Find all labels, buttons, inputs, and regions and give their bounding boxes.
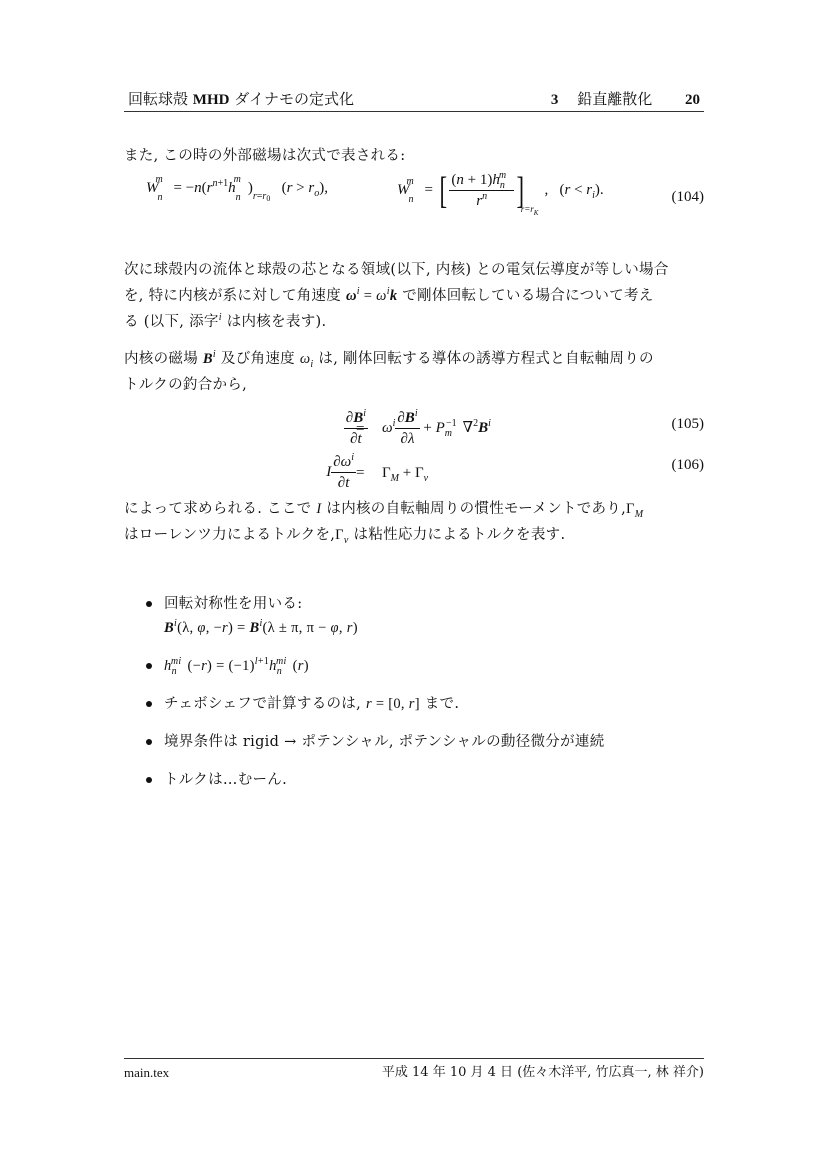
footer-date-authors: 平成 14 年 10 月 4 日 (佐々木洋平, 竹広真一, 林 祥介) [382,1064,704,1082]
list-item: チェボシェフで計算するのは, r = [0, r] まで. [146,692,706,716]
bullet-text: チェボシェフで計算するのは, [164,696,361,712]
header-title-suffix: ダイナモの定式化 [234,90,354,108]
equation-104-right: Wnm = [(n + 1)hnmrn]r=rK, (r < ri). [397,170,604,211]
running-header: 回転球殻 MHD ダイナモの定式化 3 鉛直離散化 20 [124,88,704,110]
paragraph-line: 内核の磁場 Bi 及び角速度 ωi は, 剛体回転する導体の誘導方程式と自転軸周… [124,346,704,372]
paragraph-line: トルクの釣合から, [124,372,704,398]
paragraph-line: によって求められる. ここで I は内核の自転軸周りの慣性モーメントであり,ΓM [124,496,704,522]
paragraph-text: また, この時の外部磁場は次式で表される: [124,148,405,164]
bullet-icon [146,601,152,607]
bullet-math: Bi(λ, φ, −r) = Bi(λ ± π, π − φ, r) [164,616,706,640]
bullet-text: トルクは…むーん. [164,772,287,788]
paragraph-external-field: また, この時の外部磁場は次式で表される: [124,143,704,169]
bullet-icon [146,701,152,707]
header-section: 3 鉛直離散化 20 [537,88,700,111]
bullet-text: まで. [425,696,460,712]
equation-number-105: (105) [672,416,705,433]
text-span: は内核の自転軸周りの慣性モーメントであり, [326,501,626,517]
text-span: は内核を表す). [227,314,327,330]
list-item: 回転対称性を用いる: Bi(λ, φ, −r) = Bi(λ ± π, π − … [146,592,706,640]
bullet-list: 回転対称性を用いる: Bi(λ, φ, −r) = Bi(λ ± π, π − … [146,592,706,806]
list-item: hnmi(−r) = (−1)l+1hnmi(r) [146,654,706,678]
bullet-icon [146,739,152,745]
bullet-text: 回転対称性を用いる: [164,592,706,616]
paragraph-line: る (以下, 添字i は内核を表す). [124,309,704,335]
paragraph-line: を, 特に内核が系に対して角速度 ωi = ωik で剛体回転している場合につい… [124,283,704,309]
bullet-icon [146,777,152,783]
paragraph-torque: によって求められる. ここで I は内核の自転軸周りの慣性モーメントであり,ΓM… [124,496,704,548]
text-span: は粘性応力によるトルクを表す. [354,527,566,543]
text-span: 及び角速度 [221,351,295,367]
bullet-text: 境界条件は rigid → ポテンシャル, ポテンシャルの動径微分が連続 [164,734,605,750]
header-title-prefix: 回転球殻 [128,90,188,108]
equation-number-104: (104) [672,189,705,206]
text-span: る (以下, 添字 [124,314,219,330]
equation-number-106: (106) [672,457,705,474]
header-rule [124,111,704,112]
text-span: はローレンツ力によるトルクを, [124,527,335,543]
paragraph-inner-core-field: 内核の磁場 Bi 及び角速度 ωi は, 剛体回転する導体の誘導方程式と自転軸周… [124,346,704,398]
header-title: 回転球殻 MHD ダイナモの定式化 [128,88,354,111]
section-title: 鉛直離散化 [577,90,652,108]
paragraph-line: はローレンツ力によるトルクを,Γν は粘性応力によるトルクを表す. [124,522,704,548]
text-span: によって求められる. ここで [124,501,311,517]
section-number: 3 [551,92,559,108]
paragraph-line: 次に球殻内の流体と球殻の芯となる領域(以下, 内核) との電気伝導度が等しい場合 [124,257,704,283]
footer-filename: main.tex [124,1064,169,1082]
text-span: は, 剛体回転する導体の誘導方程式と自転軸周りの [318,351,653,367]
page-number: 20 [685,92,700,108]
equation-104-left: Wnm = −n(rn+1hnm)r=r0 (r > ro), [146,180,328,197]
document-page: 回転球殻 MHD ダイナモの定式化 3 鉛直離散化 20 また, この時の外部磁… [0,0,826,1169]
paragraph-inner-core: 次に球殻内の流体と球殻の芯となる領域(以下, 内核) との電気伝導度が等しい場合… [124,257,704,335]
list-item: 境界条件は rigid → ポテンシャル, ポテンシャルの動径微分が連続 [146,730,706,754]
bullet-math: hnmi(−r) = (−1)l+1hnmi(r) [164,654,706,678]
header-title-bold: MHD [193,92,230,108]
list-item: トルクは…むーん. [146,768,706,792]
bullet-icon [146,663,152,669]
text-span: 内核の磁場 [124,351,198,367]
text-span: を, 特に内核が系に対して角速度 [124,288,341,304]
footer-rule [124,1058,704,1059]
text-span: で剛体回転している場合について考え [402,288,653,304]
